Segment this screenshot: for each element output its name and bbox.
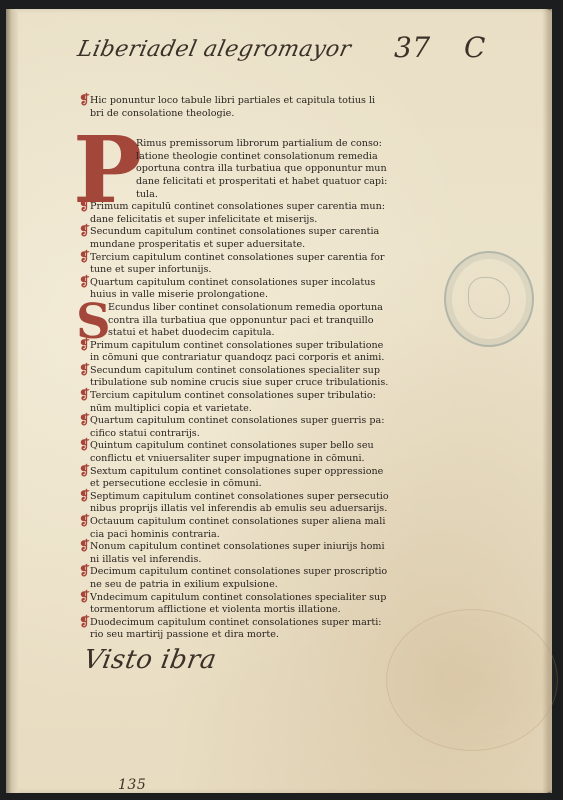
pilcrow-icon: ❡ (79, 226, 89, 238)
book2-chapter: ❡ Quartum capitulum continet consolation… (90, 415, 428, 440)
book1-chapter: ❡ Secundum capitulum continet consolatio… (90, 226, 428, 251)
text-line: tune et super infortunijs. (90, 264, 428, 277)
text-line: in cōmuni que contrariatur quandoqz paci… (90, 352, 428, 365)
library-stamp-icon (444, 251, 534, 347)
text-line: dane felicitati et prosperitati et habet… (90, 176, 428, 189)
text-line: Quartum capitulum continet consolationes… (90, 277, 428, 290)
pilcrow-icon: ❡ (79, 440, 89, 452)
text-line: oportuna contra illa turbatiua que oppon… (90, 163, 428, 176)
pilcrow-icon: ❡ (79, 277, 89, 289)
text-line: dane felicitatis et super infelicitate e… (90, 214, 428, 227)
text-line: tribulatione sub nomine crucis siue supe… (90, 377, 428, 390)
book2-chapter: ❡ Octauum capitulum continet consolation… (90, 516, 428, 541)
text-line: Duodecimum capitulum continet consolatio… (90, 617, 428, 630)
text-line: mundane prosperitatis et super aduersita… (90, 239, 428, 252)
text-line: ni illatis vel inferendis. (90, 554, 428, 567)
text-line: contra illa turbatiua que opponuntur pac… (90, 315, 428, 328)
pilcrow-icon: ❡ (79, 592, 89, 604)
pilcrow-icon: ❡ (79, 365, 89, 377)
text-line: Nonum capitulum continet consolationes s… (90, 541, 428, 554)
book-page: Liberiadel alegromayor 37 C ❡ Hic ponunt… (6, 9, 552, 793)
text-line: tormentorum afflictione et violenta mort… (90, 604, 428, 617)
pilcrow-icon: ❡ (79, 95, 89, 107)
text-line: Tercium capitulum continet consolationes… (90, 252, 428, 265)
text-line: Secundum capitulum continet consolatione… (90, 226, 428, 239)
text-line: Rimus premissorum librorum partialium de… (90, 138, 428, 151)
text-line: Quartum capitulum continet consolationes… (90, 415, 428, 428)
book2-chapter: ❡ Septimum capitulum continet consolatio… (90, 491, 428, 516)
folio-number: 135 (118, 777, 146, 793)
text-line: Primum capitulū continet consolationes s… (90, 201, 428, 214)
pilcrow-icon: ❡ (79, 617, 89, 629)
book2-chapter: ❡ Quintum capitulum continet consolation… (90, 440, 428, 465)
text-line: Secundum capitulum continet consolatione… (90, 365, 428, 378)
text-line: Tercium capitulum continet consolationes… (90, 390, 428, 403)
text-line: nibus proprijs illatis vel inferendis ab… (90, 503, 428, 516)
printed-text-block: ❡ Hic ponuntur loco tabule libri partial… (90, 95, 428, 642)
text-line: Sextum capitulum continet consolationes … (90, 466, 428, 479)
text-line: Vndecimum capitulum continet consolation… (90, 592, 428, 605)
book2-chapter: ❡ Duodecimum capitulum continet consolat… (90, 617, 428, 642)
book2-chapter: ❡ Nonum capitulum continet consolationes… (90, 541, 428, 566)
book2-chapter: ❡ Vndecimum capitulum continet consolati… (90, 592, 428, 617)
pilcrow-icon: ❡ (79, 566, 89, 578)
handwritten-header-mark: C (464, 31, 486, 64)
text-line: Ecundus liber continet consolationum rem… (90, 302, 428, 315)
pilcrow-icon: ❡ (79, 252, 89, 264)
pilcrow-icon: ❡ (79, 466, 89, 478)
book2-chapter: ❡ Sextum capitulum continet consolatione… (90, 466, 428, 491)
handwritten-header-number: 37 (394, 31, 431, 64)
pilcrow-icon: ❡ (79, 541, 89, 553)
book1-chapter: ❡ Primum capitulū continet consolationes… (90, 201, 428, 226)
book1-intro: P Rimus premissorum librorum partialium … (90, 138, 428, 201)
book1-chapter: ❡ Quartum capitulum continet consolation… (90, 277, 428, 302)
text-line: nūm multiplici copia et varietate. (90, 403, 428, 416)
text-line: Quintum capitulum continet consolationes… (90, 440, 428, 453)
text-line: cia paci hominis contraria. (90, 529, 428, 542)
text-line: rio seu martirij passione et dira morte. (90, 629, 428, 642)
book2-chapter: ❡ Decimum capitulum continet consolation… (90, 566, 428, 591)
book2-intro: S Ecundus liber continet consolationum r… (90, 302, 428, 340)
handwritten-header-note: Liberiadel alegromayor (75, 37, 353, 62)
pilcrow-icon: ❡ (79, 201, 89, 213)
page-gutter (6, 9, 18, 793)
incipit-line: Hic ponuntur loco tabule libri partiales… (90, 95, 428, 108)
text-line: conflictu et vniuersaliter super impugna… (90, 453, 428, 466)
handwritten-footer-note: Visto ibra (81, 645, 219, 675)
text-line: Octauum capitulum continet consolationes… (90, 516, 428, 529)
text-line: huius in valle miserie prolongatione. (90, 289, 428, 302)
text-line: cifico statui contrarijs. (90, 428, 428, 441)
text-line: et persecutione ecclesie in cōmuni. (90, 478, 428, 491)
pilcrow-icon: ❡ (79, 340, 89, 352)
pilcrow-icon: ❡ (79, 516, 89, 528)
text-line: latione theologie continet consolationum… (90, 151, 428, 164)
text-line: ne seu de patria in exilium expulsione. (90, 579, 428, 592)
text-line: Septimum capitulum continet consolatione… (90, 491, 428, 504)
text-line: Primum capitulum continet consolationes … (90, 340, 428, 353)
book2-chapter: ❡ Tercium capitulum continet consolation… (90, 390, 428, 415)
pilcrow-icon: ❡ (79, 390, 89, 402)
pilcrow-icon: ❡ (79, 415, 89, 427)
text-line: statui et habet duodecim capitula. (90, 327, 428, 340)
book2-chapter: ❡ Primum capitulum continet consolatione… (90, 340, 428, 365)
pilcrow-icon: ❡ (79, 491, 89, 503)
book2-chapter: ❡ Secundum capitulum continet consolatio… (90, 365, 428, 390)
text-line: Decimum capitulum continet consolationes… (90, 566, 428, 579)
book1-chapter: ❡ Tercium capitulum continet consolation… (90, 252, 428, 277)
text-line: tula. (90, 189, 428, 202)
